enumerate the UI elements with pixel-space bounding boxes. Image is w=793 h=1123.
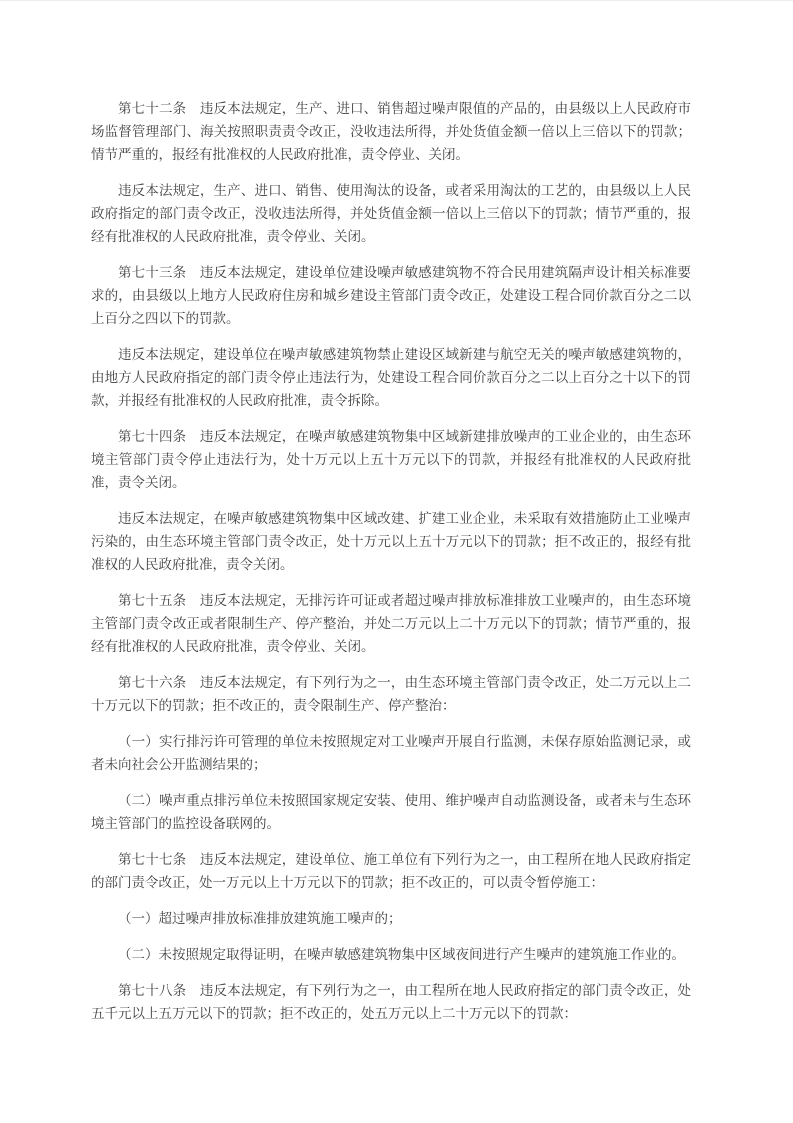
paragraph: （一）超过噪声排放标准排放建筑施工噪声的； <box>91 907 691 930</box>
paragraph: 违反本法规定，生产、进口、销售、使用淘汰的设备，或者采用淘汰的工艺的，由县级以上… <box>91 179 691 248</box>
law-article-text: 第七十二条 违反本法规定，生产、进口、销售超过噪声限值的产品的，由县级以上人民政… <box>91 97 691 1025</box>
paragraph: （一）实行排污许可管理的单位未按照规定对工业噪声开展自行监测，未保存原始监测记录… <box>91 730 691 776</box>
paragraph: 第七十六条 违反本法规定，有下列行为之一，由生态环境主管部门责令改正，处二万元以… <box>91 671 691 717</box>
document-page: 第七十二条 违反本法规定，生产、进口、销售超过噪声限值的产品的，由县级以上人民政… <box>0 0 793 1123</box>
paragraph: 违反本法规定，在噪声敏感建筑物集中区域改建、扩建工业企业，未采取有效措施防止工业… <box>91 507 691 576</box>
paragraph: 第七十三条 违反本法规定，建设单位建设噪声敏感建筑物不符合民用建筑隔声设计相关标… <box>91 261 691 330</box>
paragraph: 第七十五条 违反本法规定，无排污许可证或者超过噪声排放标准排放工业噪声的，由生态… <box>91 589 691 658</box>
paragraph: （二）噪声重点排污单位未按照国家规定安装、使用、维护噪声自动监测设备，或者未与生… <box>91 789 691 835</box>
paragraph: 第七十四条 违反本法规定，在噪声敏感建筑物集中区域新建排放噪声的工业企业的，由生… <box>91 425 691 494</box>
paragraph: 第七十二条 违反本法规定，生产、进口、销售超过噪声限值的产品的，由县级以上人民政… <box>91 97 691 166</box>
paragraph: （二）未按照规定取得证明，在噪声敏感建筑物集中区域夜间进行产生噪声的建筑施工作业… <box>91 943 691 966</box>
paragraph: 第七十七条 违反本法规定，建设单位、施工单位有下列行为之一，由工程所在地人民政府… <box>91 848 691 894</box>
paragraph: 违反本法规定，建设单位在噪声敏感建筑物禁止建设区域新建与航空无关的噪声敏感建筑物… <box>91 343 691 412</box>
paragraph: 第七十八条 违反本法规定，有下列行为之一，由工程所在地人民政府指定的部门责令改正… <box>91 979 691 1025</box>
